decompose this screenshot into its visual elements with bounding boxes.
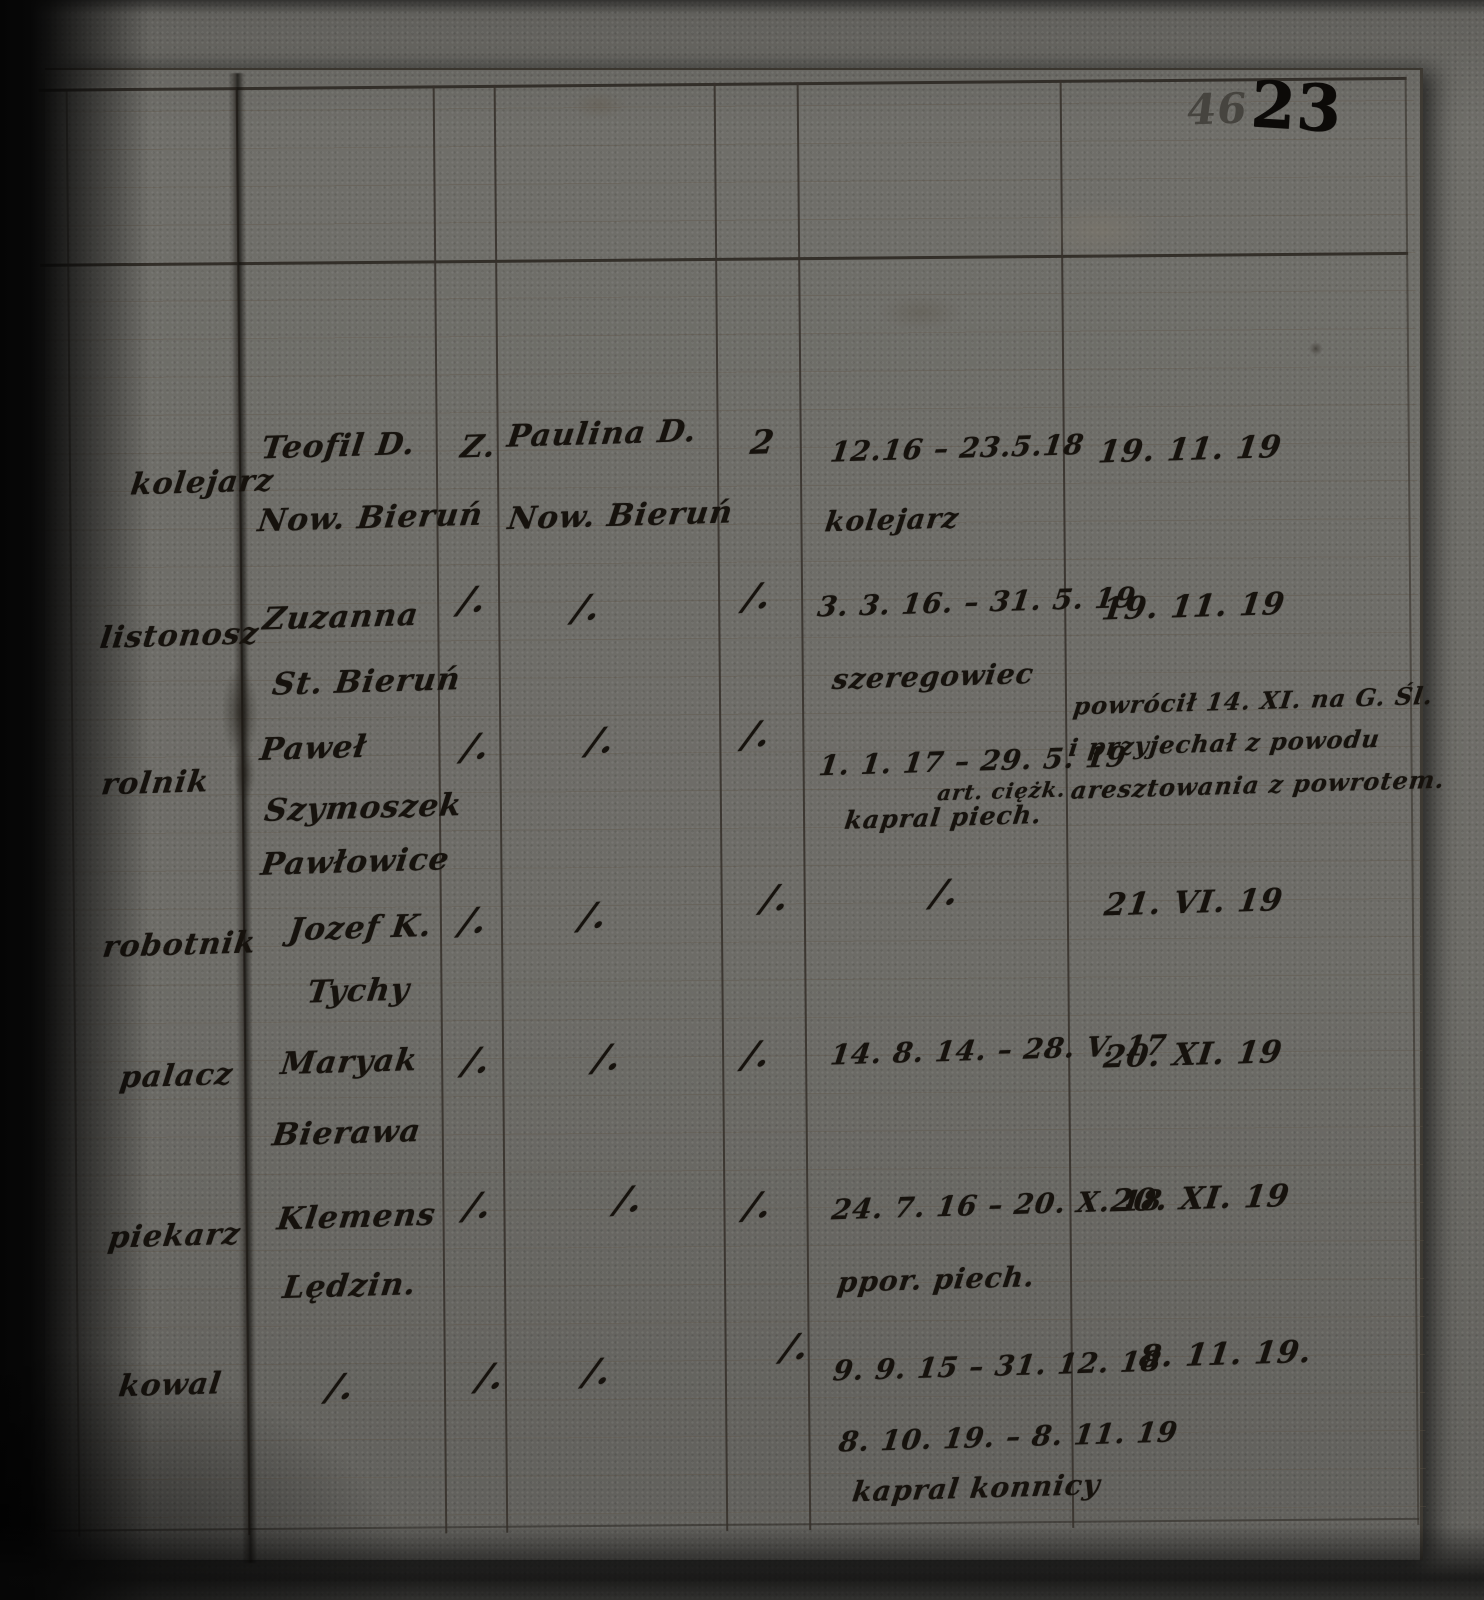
entry-col4-line: Now. Bieruń (506, 494, 736, 537)
entry-name-line: Lędzin. (281, 1266, 419, 1306)
entry-occupation: piekarz (106, 1217, 242, 1256)
register-page: 46 23 kolejarzTeofil D.Now. BieruńZ.Paul… (45, 68, 1423, 1560)
entry-service-line: kapral piech. (843, 800, 1044, 835)
entry-name-line: Tychy (305, 972, 412, 1011)
entry-service-line: ppor. piech. (836, 1260, 1038, 1299)
entry-name-line: Maryak (279, 1042, 420, 1082)
entry-decision-date: 19. 11. 19 (1096, 429, 1284, 470)
entry-decision-date: 21. VI. 19 (1102, 882, 1285, 923)
entry-decision-date: 8. 11. 19. (1137, 1334, 1314, 1375)
entry-name-line: Now. Bieruń (256, 497, 486, 540)
entry-name-line: Klemens (275, 1197, 438, 1238)
entry-occupation: robotnik (101, 925, 259, 965)
entry-name-line: Jozef K. (286, 908, 434, 948)
entry-decision-date: 19. 11. 19 (1100, 586, 1288, 627)
entry-col3-value: Z. (458, 428, 498, 465)
page-number-pencil: 46 (1184, 84, 1251, 135)
page-number-ink: 23 (1249, 67, 1344, 147)
entry-decision-date: 20. XI. 19 (1102, 1034, 1285, 1075)
entry-col4-line: Paulina D. (505, 413, 699, 455)
entry-col5-value: 2 (748, 422, 777, 462)
entry-name-line: Zuzanna (261, 597, 421, 638)
entry-name-line: Bierawa (270, 1113, 423, 1153)
entry-name-line: Paweł (258, 729, 369, 768)
entry-occupation: rolnik (99, 764, 211, 802)
entry-occupation: kowal (117, 1366, 224, 1404)
entry-name-line: Szymoszek (262, 787, 464, 829)
entry-occupation: palacz (118, 1057, 235, 1095)
sheet-content: 46 23 kolejarzTeofil D.Now. BieruńZ.Paul… (39, 63, 1427, 1565)
entry-name-line: Teofil D. (259, 426, 417, 467)
entry-decision-date: 20. XI. 19 (1109, 1178, 1292, 1219)
entry-name-line: St. Bieruń (270, 661, 463, 703)
entry-name-line: Pawłowice (259, 841, 452, 883)
entry-service-line: szeregowiec (830, 657, 1036, 696)
entry-occupation: listonosz (98, 616, 261, 656)
entry-occupation: kolejarz (129, 463, 276, 502)
entry-service-line: kolejarz (823, 501, 961, 538)
